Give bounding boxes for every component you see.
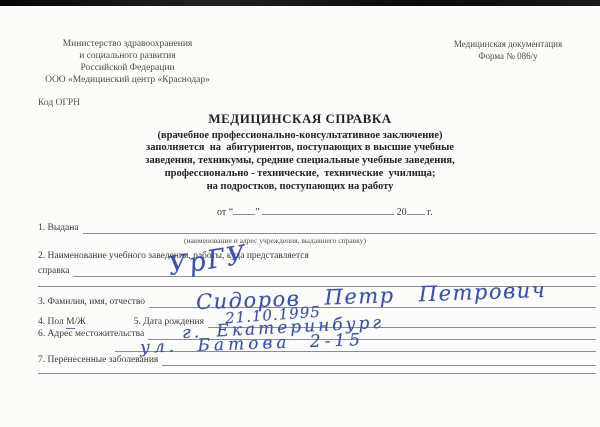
field-institution-extra-line: [38, 273, 596, 287]
form-description-line: профессионально - технические, техническ…: [0, 167, 600, 180]
date-day-blank: [233, 204, 255, 215]
field-institution-label: 2. Наименование учебного заведения, рабо…: [38, 251, 309, 261]
date-year-blank: [407, 204, 425, 215]
field-name-blank: [149, 295, 596, 308]
sex-label-text: 4. Пол: [38, 317, 66, 327]
form-number: Форма № 086/у: [428, 50, 588, 62]
field-issued-by-label: 1. Выдана: [38, 222, 79, 234]
field-diseases-extra-line: [38, 360, 596, 374]
issue-date-line: от “” 20 г.: [217, 204, 433, 218]
field-issued-by-row: 1. Выдана: [38, 221, 596, 234]
field-name-label: 3. Фамилия, имя, отчество: [38, 296, 145, 308]
doc-type-block: Медицинская документация Форма № 086/у: [428, 38, 588, 62]
date-century: 20: [397, 207, 407, 218]
form-description-line: на подростков, поступающих на работу: [0, 180, 600, 193]
form-subtitle: (врачебное профессионально-консультативн…: [0, 130, 600, 141]
doc-type-label: Медицинская документация: [428, 38, 588, 50]
issuer-block: Министерство здравоохранения и социально…: [20, 38, 235, 86]
ogrn-label: Код ОГРН: [38, 98, 80, 108]
date-prefix: от “: [217, 207, 233, 218]
field-address-second-line: [115, 338, 596, 352]
sex-female-option: Ж: [77, 317, 86, 327]
date-suffix: г.: [425, 207, 433, 218]
issuer-line-federation: Российской Федерации: [20, 62, 235, 74]
field-issued-by-caption: (наименование и адрес учреждения, выдавш…: [95, 236, 455, 245]
scanned-medical-certificate: Министерство здравоохранения и социально…: [0, 0, 600, 427]
title-block: МЕДИЦИНСКАЯ СПРАВКА (врачебное профессио…: [0, 111, 600, 193]
issuer-line-social: и социального развития: [20, 50, 235, 62]
issuer-line-clinic: ООО «Медицинский центр «Краснодар»: [20, 74, 235, 86]
field-name-row: 3. Фамилия, имя, отчество: [38, 295, 596, 308]
form-description-line: заведения, техникумы, средние специальны…: [0, 154, 600, 167]
form-title: МЕДИЦИНСКАЯ СПРАВКА: [0, 111, 600, 127]
date-month-blank: [262, 204, 394, 215]
field-issued-by-blank: [83, 221, 596, 234]
form-description-line: заполняется на абитуриентов, поступающих…: [0, 141, 600, 154]
scan-edge-artifact: [0, 0, 600, 6]
date-close-quote: ”: [255, 207, 259, 218]
issuer-line-ministry: Министерство здравоохранения: [20, 38, 235, 50]
